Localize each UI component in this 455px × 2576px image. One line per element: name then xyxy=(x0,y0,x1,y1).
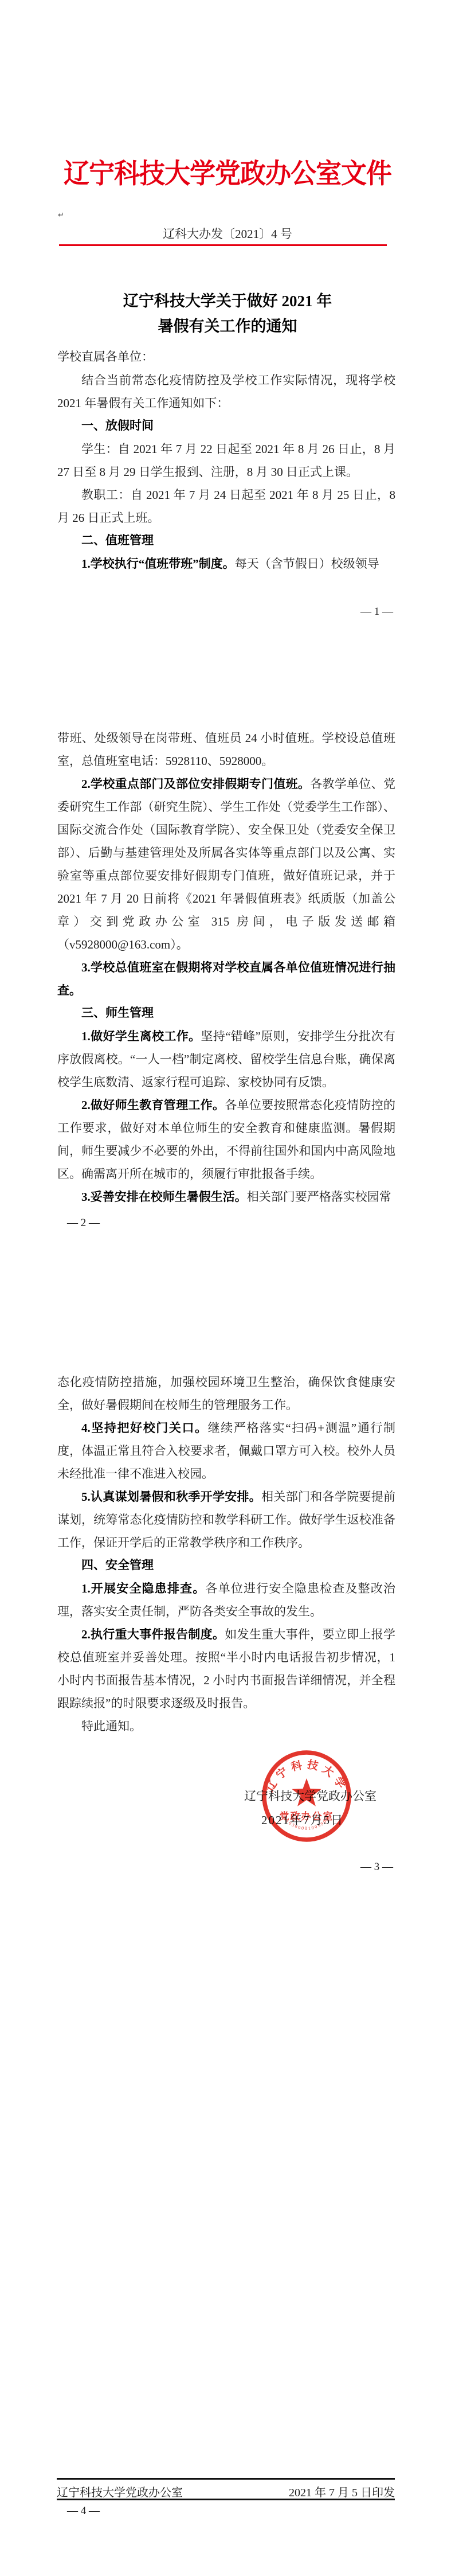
letterhead-org-title: 辽宁科技大学党政办公室文件 xyxy=(0,151,455,191)
duty-item-1: 1.学校执行“值班带班”制度。每天（含节假日）校级领导 xyxy=(57,552,395,575)
student-leave-item-lead: 1.做好学生离校工作。 xyxy=(81,1029,201,1043)
paragraph-return-mark: ↵ xyxy=(58,211,64,220)
footer-top-rule xyxy=(57,2478,395,2480)
duty-item-2: 2.学校重点部门及部位安排假期专门值班。各教学单位、党委研究生工作部（研究生院）… xyxy=(57,772,395,956)
staff-holiday-paragraph: 教职工：自 2021 年 7 月 24 日起至 2021 年 8 月 25 日止… xyxy=(57,483,395,529)
gate-control-item: 4.坚持把好校门关口。继续严格落实“扫码+测温”通行制度，体温正常且符合入校要求… xyxy=(57,1416,395,1485)
page3-body: 态化疫情防控措施，加强校园环境卫生整治，确保饮食健康安全，做好暑假期间在校师生的… xyxy=(57,1371,395,1738)
page-number-4: — 4 — xyxy=(67,2505,100,2518)
duty-item-1-lead: 1.学校执行“值班带班”制度。 xyxy=(81,557,235,571)
official-red-seal: 辽宁科技大学 党政办公室 210300001005905 xyxy=(261,1750,352,1842)
campus-life-item-continued: 态化疫情防控措施，加强校园环境卫生整治，确保饮食健康安全，做好暑假期间在校师生的… xyxy=(57,1371,395,1416)
students-holiday-paragraph: 学生：自 2021 年 7 月 22 日起至 2021 年 8 月 26 日止，… xyxy=(57,438,395,483)
page2-body: 带班、处级领导在岗带班、值班员 24 小时值班。学校设总值班室，总值班室电话：5… xyxy=(57,727,395,1208)
closing-line: 特此通知。 xyxy=(57,1715,395,1738)
footer-issuing-office: 辽宁科技大学党政办公室 xyxy=(57,2483,183,2500)
seal-star-icon xyxy=(292,1778,321,1806)
page-number-3: — 3 — xyxy=(360,1861,393,1874)
duty-item-2-lead: 2.学校重点部门及部位安排假期专门值班。 xyxy=(81,777,310,791)
autumn-plan-item: 5.认真谋划暑假和秋季开学安排。相关部门和各学院要提前谋划，统筹常态化疫情防控和… xyxy=(57,1485,395,1554)
campus-life-item-lead: 3.妥善安排在校师生暑假生活。 xyxy=(81,1190,247,1204)
campus-life-item: 3.妥善安排在校师生暑假生活。相关部门要严格落实校园常 xyxy=(57,1185,395,1208)
intro-paragraph: 结合当前常态化疫情防控及学校工作实际情况，现将学校 2021 年暑假有关工作通知… xyxy=(57,369,395,415)
safety-inspection-item: 1.开展安全隐患排查。各单位进行安全隐患检查及整改治理，落实安全责任制，严防各类… xyxy=(57,1577,395,1623)
incident-report-item: 2.执行重大事件报告制度。如发生重大事件，要立即上报学校总值班室并妥善处理。按照… xyxy=(57,1623,395,1715)
document-scan: 辽宁科技大学党政办公室文件 ↵ ↵ 辽科大办发〔2021〕4 号 辽宁科技大学关… xyxy=(0,0,455,2576)
letterhead-divider-rule xyxy=(59,244,387,246)
duty-item-3: 3.学校总值班室在假期将对学校直属各单位值班情况进行抽查。 xyxy=(57,956,395,1002)
paragraph-return-mark: ↵ xyxy=(378,174,385,183)
autumn-plan-item-lead: 5.认真谋划暑假和秋季开学安排。 xyxy=(81,1490,261,1504)
footer-bottom-rule xyxy=(57,2499,395,2500)
notice-title: 辽宁科技大学关于做好 2021 年 暑假有关工作的通知 xyxy=(0,288,455,339)
page-number-2: — 2 — xyxy=(67,1217,100,1230)
section-2-heading: 二、值班管理 xyxy=(57,529,395,552)
incident-report-item-lead: 2.执行重大事件报告制度。 xyxy=(81,1627,225,1641)
safety-inspection-item-lead: 1.开展安全隐患排查。 xyxy=(81,1582,206,1595)
education-management-item: 2.做好师生教育管理工作。各单位要按照常态化疫情防控的工作要求，做好对本单位师生… xyxy=(57,1094,395,1185)
duty-item-3-lead: 3.学校总值班室在假期将对学校直属各单位值班情况进行抽查。 xyxy=(57,961,395,997)
salutation: 学校直属各单位： xyxy=(57,345,395,368)
duty-item-1-rest: 每天（含节假日）校级领导 xyxy=(235,557,379,571)
notice-title-line2: 暑假有关工作的通知 xyxy=(0,314,455,339)
gate-control-item-lead: 4.坚持把好校门关口。 xyxy=(81,1421,208,1435)
section-1-heading: 一、放假时间 xyxy=(57,415,395,438)
page1-body: 结合当前常态化疫情防控及学校工作实际情况，现将学校 2021 年暑假有关工作通知… xyxy=(57,369,395,575)
duty-item-1-continued: 带班、处级领导在岗带班、值班员 24 小时值班。学校设总值班室，总值班室电话：5… xyxy=(57,727,395,772)
campus-life-item-rest: 相关部门要严格落实校园常 xyxy=(247,1190,391,1204)
education-management-item-lead: 2.做好师生教育管理工作。 xyxy=(81,1098,225,1112)
page-number-1: — 1 — xyxy=(360,606,393,618)
student-leave-item: 1.做好学生离校工作。坚持“错峰”原则，安排学生分批次有序放假离校。“一人一档”… xyxy=(57,1025,395,1094)
notice-title-line1: 辽宁科技大学关于做好 2021 年 xyxy=(0,288,455,314)
section-3-heading: 三、师生管理 xyxy=(57,1002,395,1025)
document-number: 辽科大办发〔2021〕4 号 xyxy=(0,225,455,242)
section-4-heading: 四、安全管理 xyxy=(57,1554,395,1577)
print-footer: 辽宁科技大学党政办公室 2021 年 7 月 5 日印发 xyxy=(57,2483,395,2500)
footer-print-date: 2021 年 7 月 5 日印发 xyxy=(289,2483,395,2500)
duty-item-2-rest: 各教学单位、党委研究生工作部（研究生院）、学生工作处（党委学生工作部）、国际交流… xyxy=(57,777,395,951)
